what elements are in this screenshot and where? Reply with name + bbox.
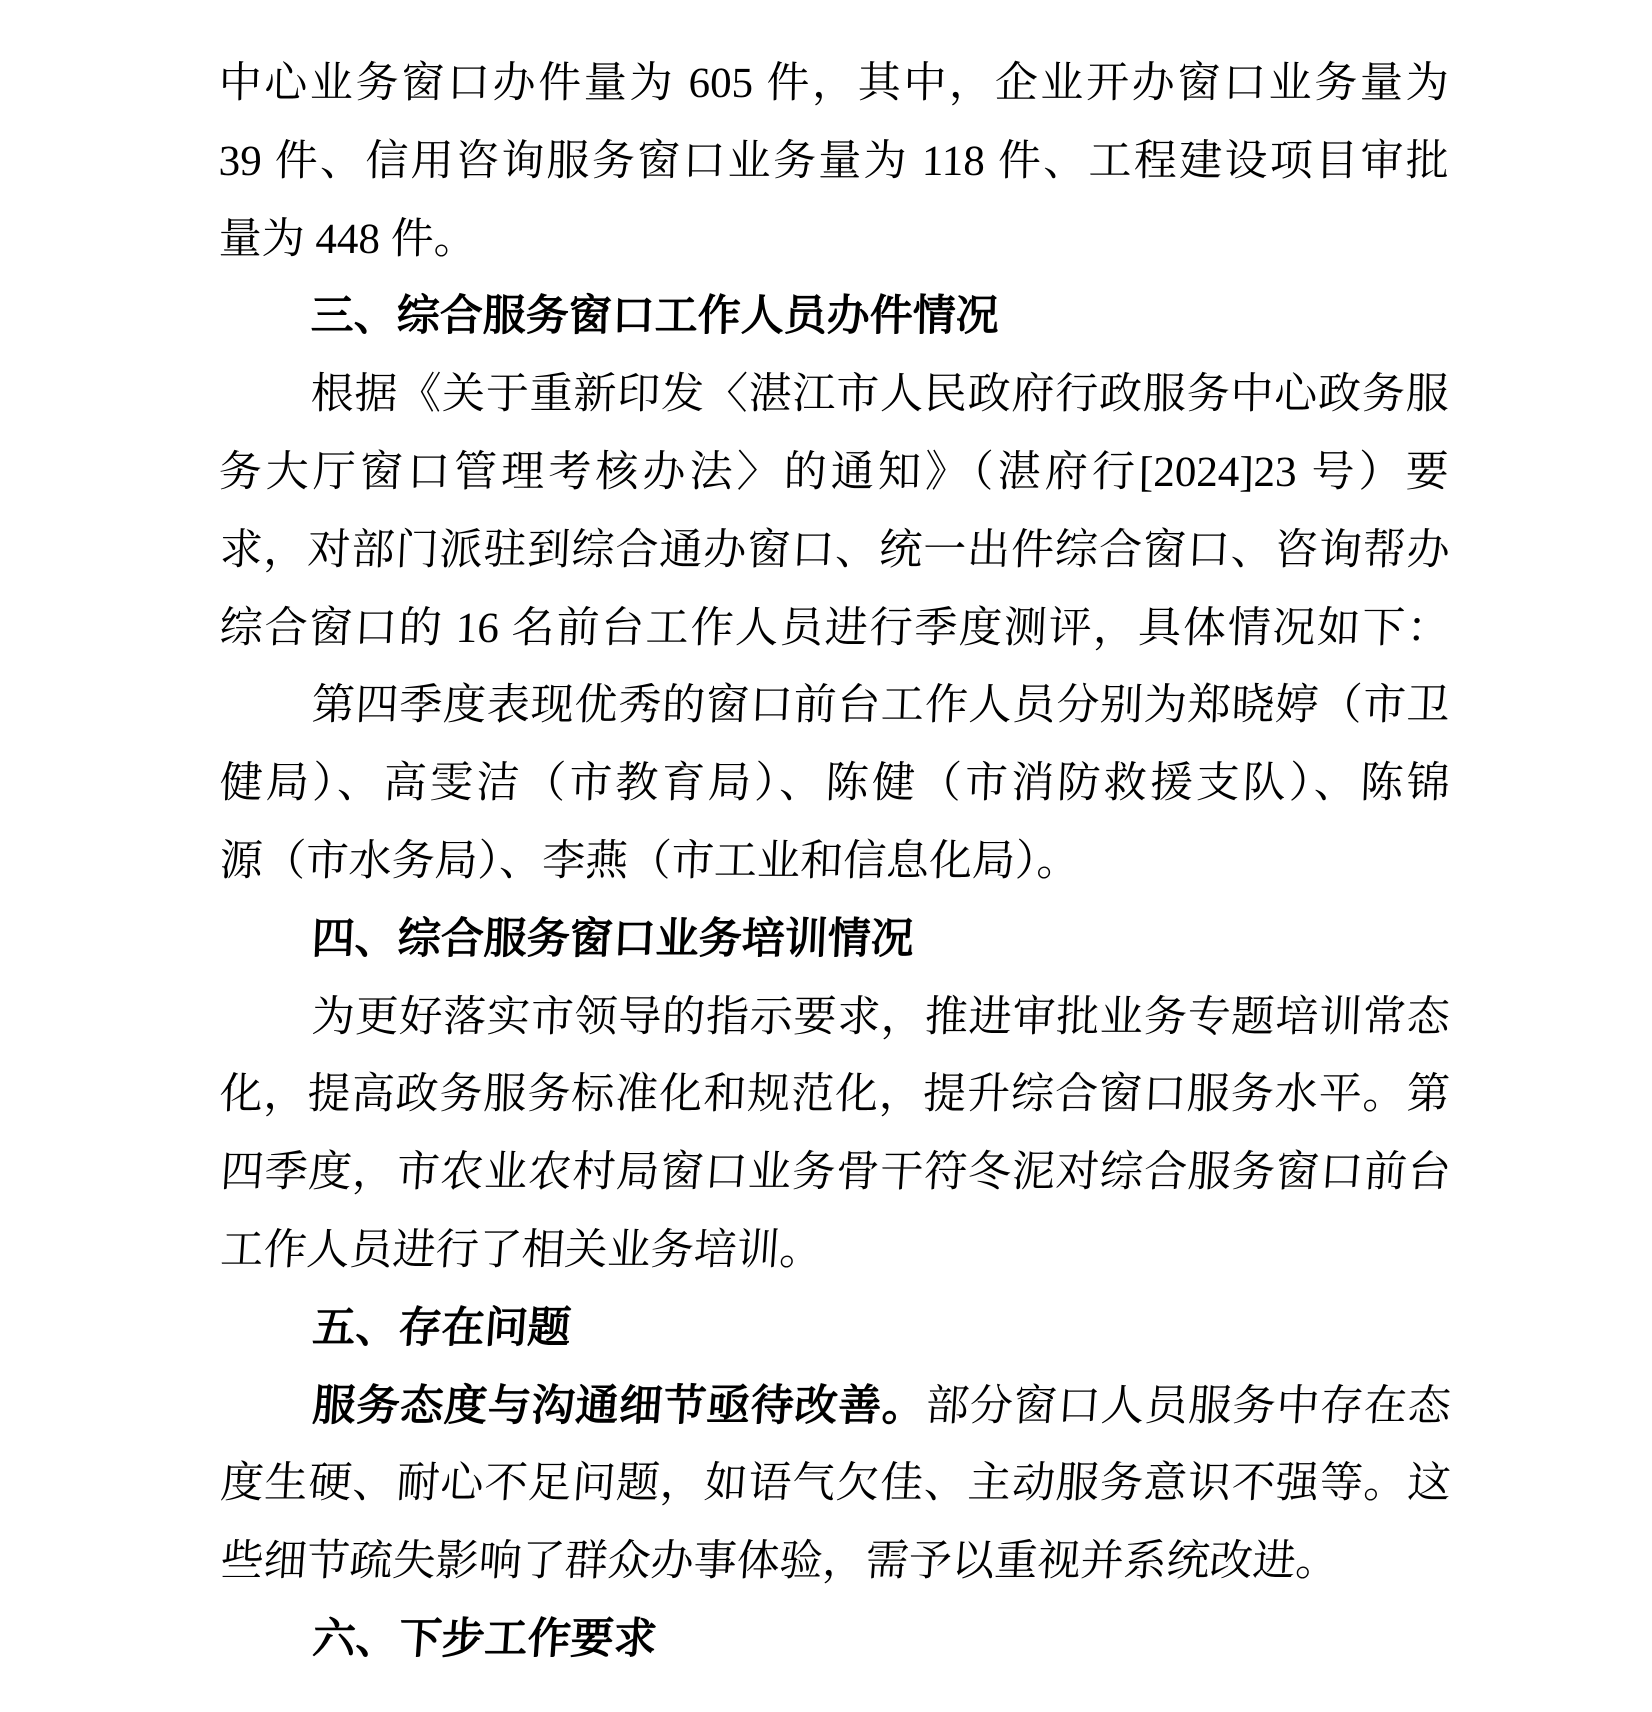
paragraph-line: 中心业务窗口办件量为 605 件，其中，企业开办窗口业务量为 bbox=[218, 45, 1449, 123]
paragraph-line: 根据《关于重新印发〈湛江市人民政府行政服务中心政务服 bbox=[218, 356, 1449, 434]
paragraph-line: 求，对部门派驻到综合通办窗口、统一出件综合窗口、咨询帮办 bbox=[218, 512, 1451, 590]
section-heading-3: 三、综合服务窗口工作人员办件情况 bbox=[218, 278, 1449, 356]
section-heading-5: 五、存在问题 bbox=[218, 1290, 1453, 1368]
paragraph-line: 综合窗口的 16 名前台工作人员进行季度测评，具体情况如下： bbox=[218, 590, 1451, 668]
paragraph-line: 化，提高政务服务标准化和规范化，提升综合窗口服务水平。第 bbox=[218, 1056, 1451, 1134]
paragraph-line: 源（市水务局）、李燕（市工业和信息化局）。 bbox=[218, 823, 1451, 901]
paragraph-line: 些细节疏失影响了群众办事体验，需予以重视并系统改进。 bbox=[218, 1523, 1453, 1601]
paragraph-line: 服务态度与沟通细节亟待改善。部分窗口人员服务中存在态 bbox=[218, 1368, 1453, 1446]
paragraph-line: 健局）、高雯洁（市教育局）、陈健（市消防救援支队）、陈锦 bbox=[218, 745, 1451, 823]
paragraph-text: 部分窗口人员服务中存在态 bbox=[924, 1383, 1452, 1430]
paragraph-line: 度生硬、耐心不足问题，如语气欠佳、主动服务意识不强等。这 bbox=[218, 1445, 1453, 1523]
paragraph-line: 工作人员进行了相关业务培训。 bbox=[218, 1212, 1453, 1290]
section-heading-4: 四、综合服务窗口业务培训情况 bbox=[218, 901, 1451, 979]
paragraph-line: 四季度，市农业农村局窗口业务骨干符冬泥对综合服务窗口前台 bbox=[218, 1134, 1453, 1212]
paragraph-line: 为更好落实市领导的指示要求，推进审批业务专题培训常态 bbox=[218, 979, 1451, 1057]
paragraph-line: 务大厅窗口管理考核办法〉的通知》（湛府行[2024]23 号）要 bbox=[218, 434, 1449, 512]
paragraph-line: 第四季度表现优秀的窗口前台工作人员分别为郑晓婷（市卫 bbox=[218, 667, 1451, 745]
document-body: 中心业务窗口办件量为 605 件，其中，企业开办窗口业务量为 39 件、信用咨询… bbox=[218, 45, 1448, 1679]
paragraph-line: 量为 448 件。 bbox=[218, 201, 1449, 279]
bold-emphasis-text: 服务态度与沟通细节亟待改善。 bbox=[311, 1382, 928, 1430]
section-heading-6: 六、下步工作要求 bbox=[218, 1601, 1453, 1679]
paragraph-line: 39 件、信用咨询服务窗口业务量为 118 件、工程建设项目审批 bbox=[218, 123, 1449, 201]
